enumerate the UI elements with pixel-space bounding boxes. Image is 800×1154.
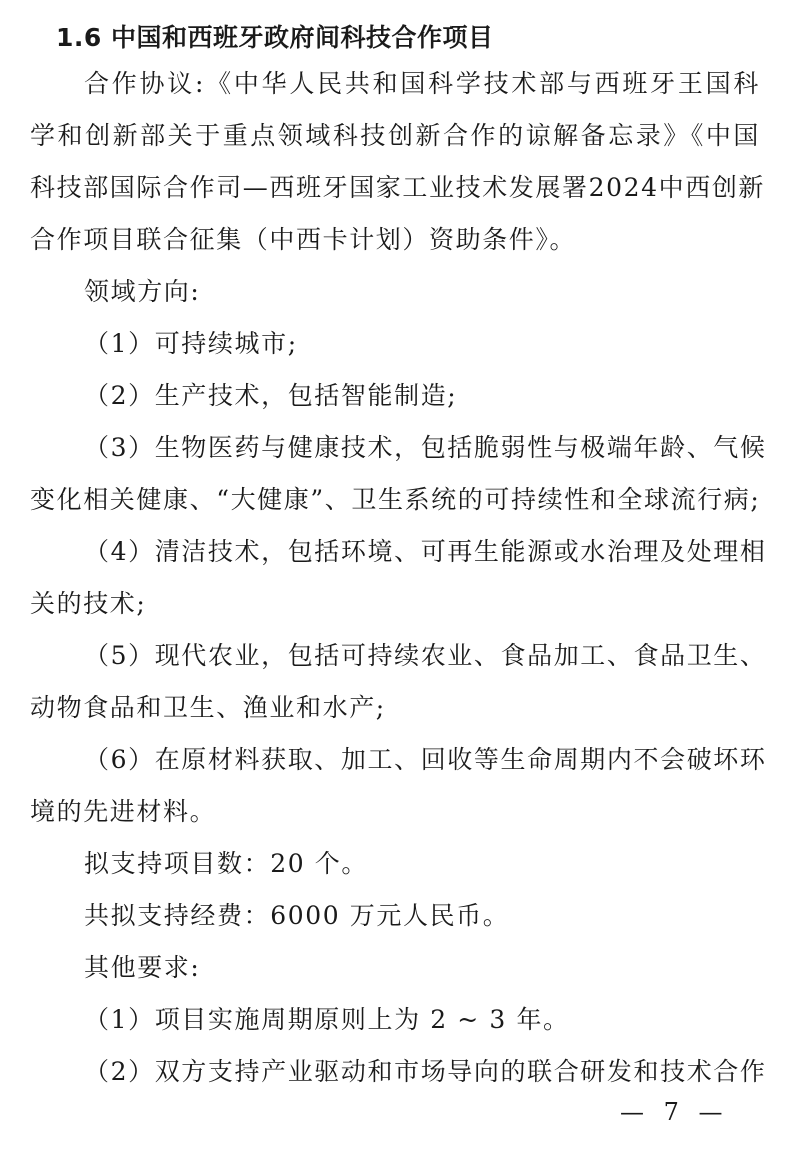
requirement-item-1: （1）项目实施周期原则上为 2 ~ 3 年。 <box>84 1002 570 1038</box>
requirement-item-2: （2）双方支持产业驱动和市场导向的联合研发和技术合作 <box>84 1054 760 1090</box>
other-requirements-label: 其他要求: <box>84 950 200 986</box>
page-number: — 7 — <box>620 1094 729 1130</box>
agreement-line-1: 合作协议:《中华人民共和国科学技术部与西班牙王国科 <box>84 66 760 102</box>
agreement-line-3: 科技部国际合作司—西班牙国家工业技术发展署2024中西创新 <box>30 170 760 206</box>
field-item-4-line-1: （4）清洁技术，包括环境、可再生能源或水治理及处理相 <box>84 534 760 570</box>
field-item-5-line-1: （5）现代农业，包括可持续农业、食品加工、食品卫生、 <box>84 638 760 674</box>
field-item-6-line-2: 境的先进材料。 <box>30 794 216 830</box>
agreement-line-2: 学和创新部关于重点领域科技创新合作的谅解备忘录》《中国 <box>30 118 760 154</box>
field-item-5-line-2: 动物食品和卫生、渔业和水产; <box>30 690 386 726</box>
section-heading: 1.6 中国和西班牙政府间科技合作项目 <box>56 20 494 56</box>
field-item-3-line-2: 变化相关健康、“大健康”、卫生系统的可持续性和全球流行病; <box>30 482 760 518</box>
field-item-1: （1）可持续城市; <box>84 326 298 362</box>
agreement-line-4: 合作项目联合征集（中西卡计划）资助条件》。 <box>30 222 576 258</box>
field-item-4-line-2: 关的技术; <box>30 586 146 622</box>
field-item-3-line-1: （3）生物医药与健康技术，包括脆弱性与极端年龄、气候 <box>84 430 760 466</box>
fields-label: 领域方向: <box>84 274 200 310</box>
total-funding: 共拟支持经费：6000 万元人民币。 <box>84 898 509 934</box>
field-item-6-line-1: （6）在原材料获取、加工、回收等生命周期内不会破坏环 <box>84 742 760 778</box>
project-count: 拟支持项目数：20 个。 <box>84 846 368 882</box>
field-item-2: （2）生产技术，包括智能制造; <box>84 378 457 414</box>
